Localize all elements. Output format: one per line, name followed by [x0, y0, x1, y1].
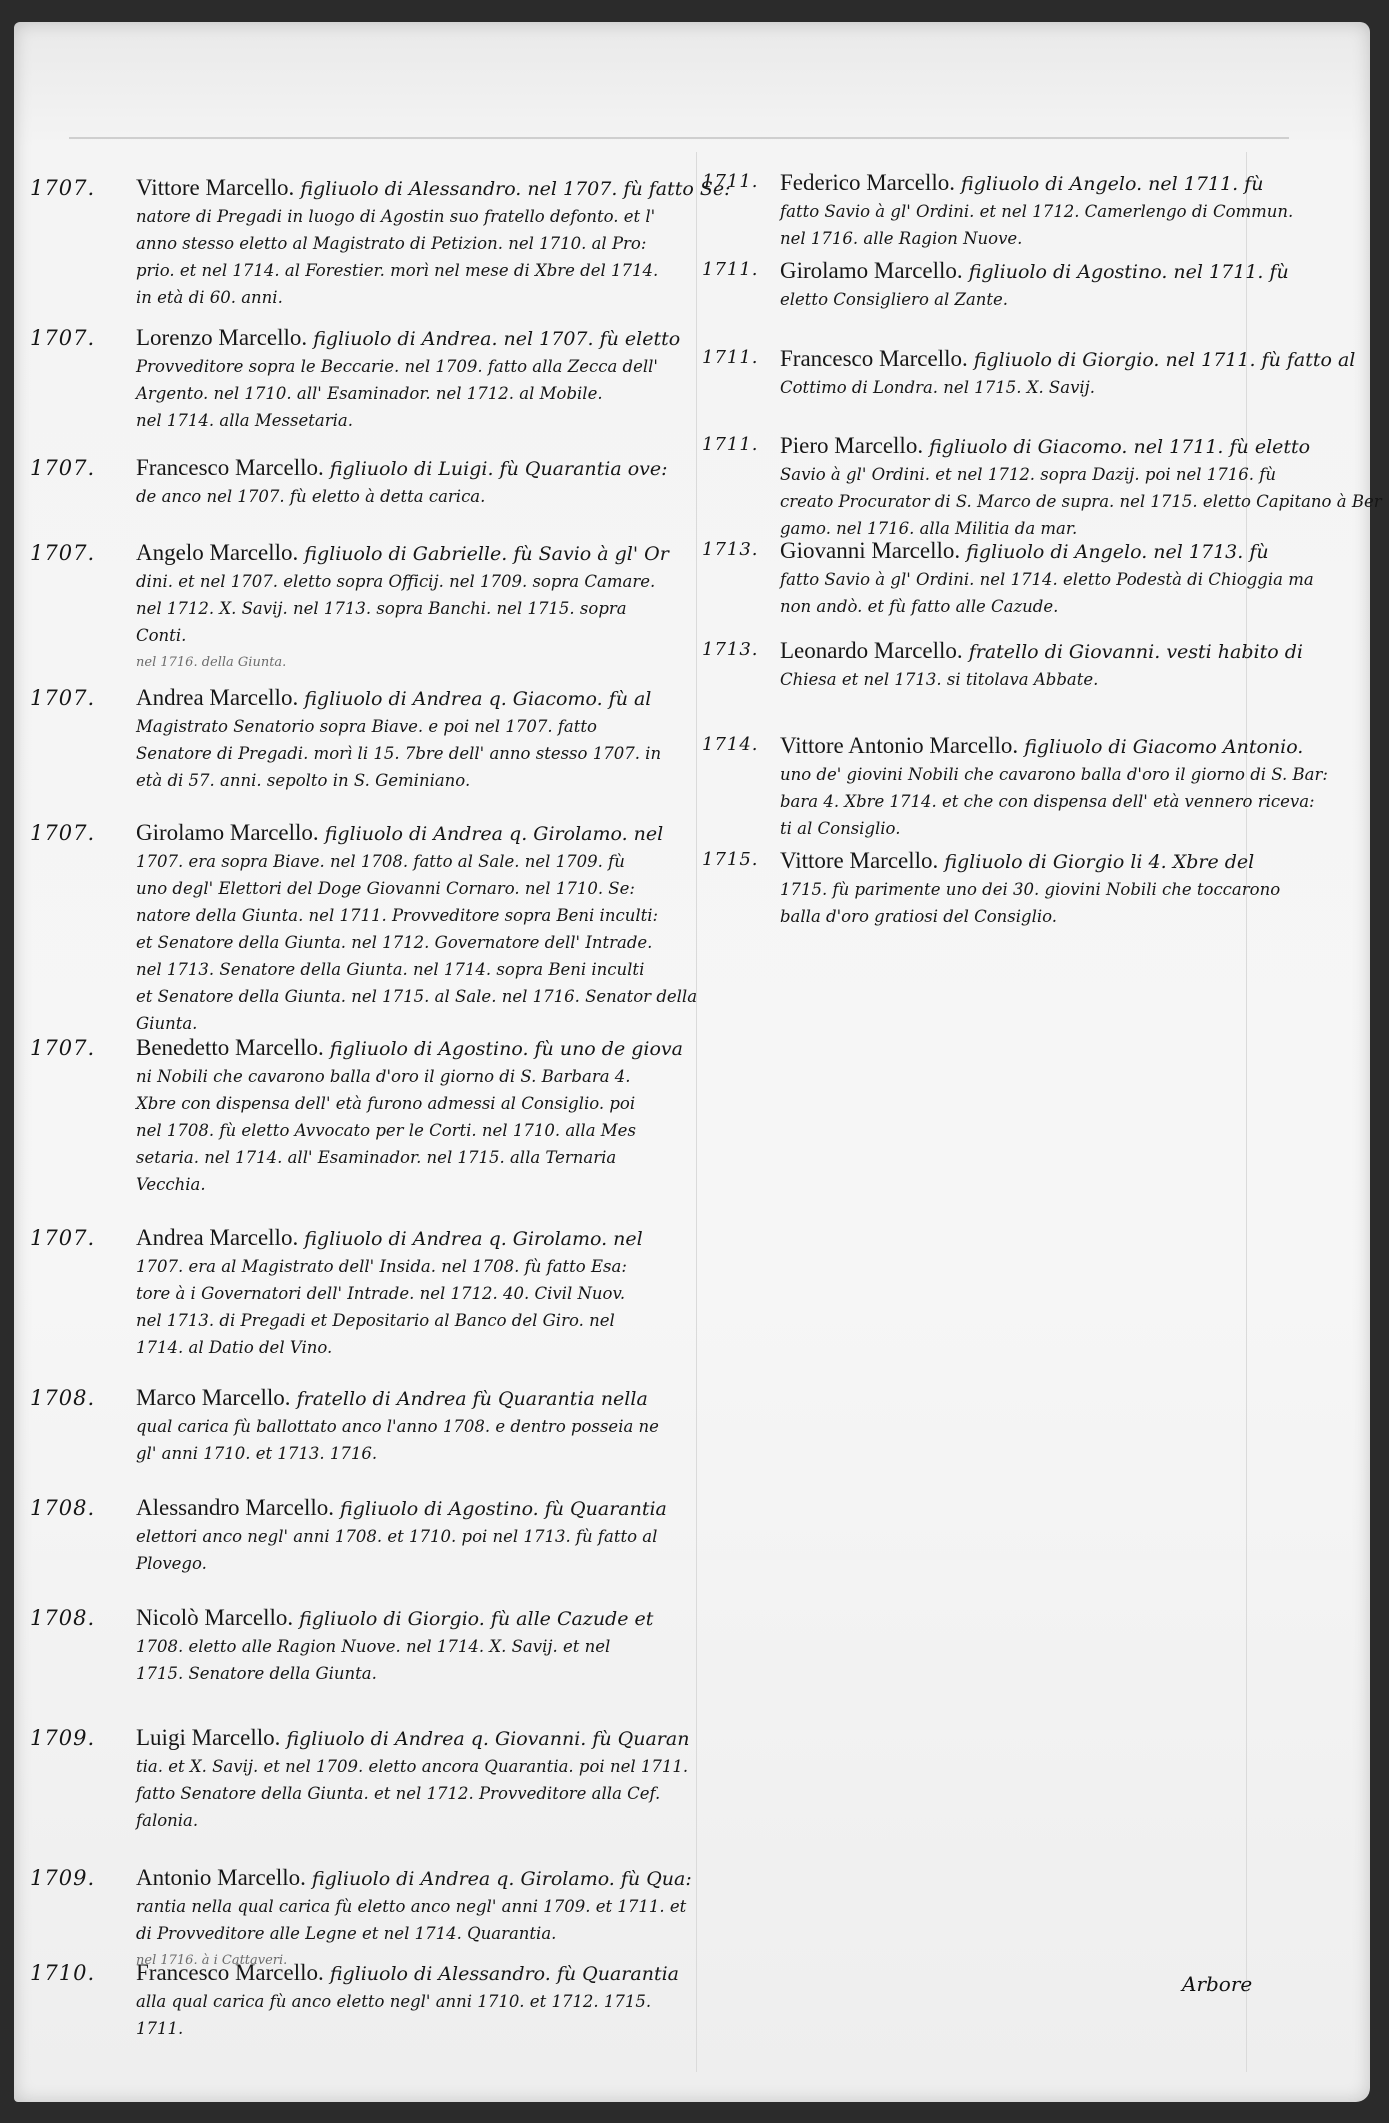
entry-line: bara 4. Xbre 1714. et che con dispensa d…: [780, 788, 1328, 815]
entry-line: Chiesa et nel 1713. si titolava Abbate.: [780, 666, 1303, 693]
entry-line: Vecchia.: [136, 1171, 683, 1198]
entry-year: 1707.: [30, 326, 95, 350]
entry-year: 1713.: [702, 539, 759, 560]
entry-name: Federico Marcello.: [780, 170, 955, 195]
entry-text: figliuolo di Angelo. nel 1711. fù: [961, 173, 1263, 195]
entry-text: figliuolo di Giacomo. nel 1711. fù elett…: [929, 436, 1310, 458]
entry-line: 1708. eletto alle Ragion Nuove. nel 1714…: [136, 1633, 653, 1660]
entry-year: 1707.: [30, 686, 95, 710]
footer-note: Arbore: [1182, 1972, 1252, 1996]
entry-text: figliuolo di Andrea q. Girolamo. nel: [325, 823, 664, 845]
entry-year: 1707.: [30, 821, 95, 845]
register-entry: 1707.Andrea Marcello. figliuolo di Andre…: [24, 1224, 643, 1361]
entry-line: 1711.: [136, 2015, 679, 2042]
entry-name: Girolamo Marcello.: [780, 258, 963, 283]
entry-line: nel 1712. X. Savij. nel 1713. sopra Banc…: [136, 595, 669, 622]
entry-name: Antonio Marcello.: [136, 1865, 306, 1890]
entry-text: figliuolo di Andrea q. Giacomo. fù al: [304, 688, 651, 710]
register-entry: 1715.Vittore Marcello. figliuolo di Gior…: [702, 847, 1280, 930]
entry-line: uno degl' Elettori del Doge Giovanni Cor…: [136, 875, 697, 902]
entry-name: Alessandro Marcello.: [136, 1495, 334, 1520]
entry-year: 1707.: [30, 1036, 95, 1060]
entry-text: figliuolo di Andrea q. Girolamo. fù Qua:: [312, 1868, 692, 1890]
entry-text: figliuolo di Giorgio. fù alle Cazude et: [299, 1608, 653, 1630]
register-entry: 1709.Luigi Marcello. figliuolo di Andrea…: [24, 1724, 689, 1834]
entry-line: gl' anni 1710. et 1713. 1716.: [136, 1440, 659, 1467]
entry-line: fatto Senatore della Giunta. et nel 1712…: [136, 1780, 689, 1807]
entry-line: alla qual carica fù anco eletto negl' an…: [136, 1988, 679, 2015]
entry-line: de anco nel 1707. fù eletto à detta cari…: [136, 483, 668, 510]
entry-line: nel 1716. alle Ragion Nuove.: [780, 225, 1293, 252]
register-entry: 1708.Marco Marcello. fratello di Andrea …: [24, 1384, 659, 1467]
register-entry: 1711.Francesco Marcello. figliuolo di Gi…: [702, 345, 1355, 401]
register-entry: 1707.Vittore Marcello. figliuolo di Ales…: [24, 174, 731, 311]
entry-text: figliuolo di Giorgio li 4. Xbre del: [944, 851, 1254, 873]
entry-name: Leonardo Marcello.: [780, 638, 963, 663]
register-entry: 1707.Benedetto Marcello. figliuolo di Ag…: [24, 1034, 683, 1198]
entry-text: figliuolo di Agostino. nel 1711. fù: [969, 261, 1289, 283]
entry-text: figliuolo di Giorgio. nel 1711. fù fatto…: [974, 349, 1356, 371]
entry-text: figliuolo di Andrea q. Giovanni. fù Quar…: [286, 1728, 689, 1750]
register-entry: 1707.Angelo Marcello. figliuolo di Gabri…: [24, 539, 669, 676]
manuscript-page: 1707.Vittore Marcello. figliuolo di Ales…: [14, 22, 1370, 2102]
entry-name: Vittore Marcello.: [780, 848, 938, 873]
entry-year: 1709.: [30, 1726, 95, 1750]
register-entry: 1707.Andrea Marcello. figliuolo di Andre…: [24, 684, 661, 794]
entry-year: 1711.: [702, 347, 759, 368]
entry-line: Argento. nel 1710. all' Esaminador. nel …: [136, 380, 680, 407]
entry-name: Francesco Marcello.: [136, 455, 324, 480]
register-entry: 1714.Vittore Antonio Marcello. figliuolo…: [702, 732, 1328, 842]
entry-text: figliuolo di Angelo. nel 1713. fù: [966, 541, 1268, 563]
entry-line: nel 1713. Senatore della Giunta. nel 171…: [136, 956, 697, 983]
entry-line: non andò. et fù fatto alle Cazude.: [780, 593, 1314, 620]
register-entry: 1708.Alessandro Marcello. figliuolo di A…: [24, 1494, 667, 1577]
entry-line: Giunta.: [136, 1010, 697, 1037]
entry-line: et Senatore della Giunta. nel 1715. al S…: [136, 983, 697, 1010]
entry-text: figliuolo di Agostino. fù Quarantia: [340, 1498, 667, 1520]
register-entry: 1713.Leonardo Marcello. fratello di Giov…: [702, 637, 1303, 693]
entry-name: Nicolò Marcello.: [136, 1605, 293, 1630]
entry-line: dini. et nel 1707. eletto sopra Officij.…: [136, 568, 669, 595]
register-entry: 1711.Girolamo Marcello. figliuolo di Ago…: [702, 257, 1289, 313]
register-entry: 1708.Nicolò Marcello. figliuolo di Giorg…: [24, 1604, 653, 1687]
entry-line: qual carica fù ballottato anco l'anno 17…: [136, 1413, 659, 1440]
entry-name: Francesco Marcello.: [780, 346, 968, 371]
entry-name: Vittore Marcello.: [136, 175, 294, 200]
entry-line: Cottimo di Londra. nel 1715. X. Savij.: [780, 374, 1355, 401]
entry-line: Savio à gl' Ordini. et nel 1712. sopra D…: [780, 461, 1382, 488]
register-entry: 1713.Giovanni Marcello. figliuolo di Ang…: [702, 537, 1314, 620]
entry-line: uno de' giovini Nobili che cavarono ball…: [780, 761, 1328, 788]
entry-line: fatto Savio à gl' Ordini. et nel 1712. C…: [780, 198, 1293, 225]
entry-year: 1711.: [702, 259, 759, 280]
entry-name: Angelo Marcello.: [136, 540, 298, 565]
entry-text: fratello di Giovanni. vesti habito di: [969, 641, 1303, 663]
register-entry: 1707.Lorenzo Marcello. figliuolo di Andr…: [24, 324, 680, 434]
entry-text: figliuolo di Agostino. fù uno de giova: [330, 1038, 683, 1060]
entry-name: Luigi Marcello.: [136, 1725, 280, 1750]
register-entry: 1710.Francesco Marcello. figliuolo di Al…: [24, 1959, 679, 2042]
entry-name: Girolamo Marcello.: [136, 820, 319, 845]
entry-text: fratello di Andrea fù Quarantia nella: [297, 1388, 648, 1410]
entry-line: ti al Consiglio.: [780, 815, 1328, 842]
entry-line: eletto Consigliero al Zante.: [780, 286, 1289, 313]
entry-line: 1707. era sopra Biave. nel 1708. fatto a…: [136, 848, 697, 875]
entry-year: 1707.: [30, 541, 95, 565]
entry-line: tia. et X. Savij. et nel 1709. eletto an…: [136, 1753, 689, 1780]
entry-name: Benedetto Marcello.: [136, 1035, 324, 1060]
entry-name: Giovanni Marcello.: [780, 538, 960, 563]
entry-line: natore di Pregadi in luogo di Agostin su…: [136, 203, 731, 230]
entry-text: figliuolo di Gabrielle. fù Savio à gl' O…: [304, 543, 669, 565]
register-entry: 1711.Federico Marcello. figliuolo di Ang…: [702, 169, 1293, 252]
entry-year: 1714.: [702, 734, 759, 755]
entry-line: natore della Giunta. nel 1711. Provvedit…: [136, 902, 697, 929]
entry-line: 1707. era al Magistrato dell' Insida. ne…: [136, 1253, 643, 1280]
entry-line: Magistrato Senatorio sopra Biave. e poi …: [136, 713, 661, 740]
register-entry: 1707.Girolamo Marcello. figliuolo di And…: [24, 819, 697, 1037]
ruled-line: [69, 137, 1289, 139]
entry-text: figliuolo di Alessandro. fù Quarantia: [330, 1963, 679, 1985]
entry-year: 1710.: [30, 1961, 95, 1985]
entry-line: Conti.: [136, 622, 669, 649]
entry-line: nel 1708. fù eletto Avvocato per le Cort…: [136, 1117, 683, 1144]
entry-name: Francesco Marcello.: [136, 1960, 324, 1985]
entry-year: 1708.: [30, 1606, 95, 1630]
entry-line: in età di 60. anni.: [136, 284, 731, 311]
later-addition: nel 1716. della Giunta.: [136, 649, 669, 676]
entry-name: Vittore Antonio Marcello.: [780, 733, 1018, 758]
entry-text: figliuolo di Alessandro. nel 1707. fù fa…: [300, 178, 730, 200]
register-entry: 1711.Piero Marcello. figliuolo di Giacom…: [702, 432, 1382, 542]
entry-text: figliuolo di Luigi. fù Quarantia ove:: [330, 458, 668, 480]
entry-year: 1707.: [30, 1226, 95, 1250]
entry-text: figliuolo di Andrea. nel 1707. fù eletto: [313, 328, 680, 350]
entry-line: 1715. fù parimente uno dei 30. giovini N…: [780, 876, 1280, 903]
entry-line: nel 1714. alla Messetaria.: [136, 407, 680, 434]
register-entry: 1709.Antonio Marcello. figliuolo di Andr…: [24, 1864, 692, 1974]
entry-year: 1707.: [30, 176, 95, 200]
entry-year: 1713.: [702, 639, 759, 660]
entry-line: tore à i Governatori dell' Intrade. nel …: [136, 1280, 643, 1307]
entry-year: 1708.: [30, 1496, 95, 1520]
column-divider: [696, 152, 697, 2072]
entry-line: Xbre con dispensa dell' età furono admes…: [136, 1090, 683, 1117]
entry-name: Andrea Marcello.: [136, 685, 298, 710]
entry-name: Andrea Marcello.: [136, 1225, 298, 1250]
entry-line: et Senatore della Giunta. nel 1712. Gove…: [136, 929, 697, 956]
entry-line: ni Nobili che cavarono balla d'oro il gi…: [136, 1063, 683, 1090]
entry-line: rantia nella qual carica fù eletto anco …: [136, 1893, 692, 1920]
entry-year: 1708.: [30, 1386, 95, 1410]
entry-line: anno stesso eletto al Magistrato di Peti…: [136, 230, 731, 257]
entry-line: 1715. Senatore della Giunta.: [136, 1660, 653, 1687]
entry-year: 1715.: [702, 849, 759, 870]
entry-line: età di 57. anni. sepolto in S. Geminiano…: [136, 767, 661, 794]
entry-line: falonia.: [136, 1807, 689, 1834]
entry-line: fatto Savio à gl' Ordini. nel 1714. elet…: [780, 566, 1314, 593]
entry-year: 1707.: [30, 456, 95, 480]
entry-line: Provveditore sopra le Beccarie. nel 1709…: [136, 353, 680, 380]
entry-name: Lorenzo Marcello.: [136, 325, 307, 350]
entry-line: prio. et nel 1714. al Forestier. morì ne…: [136, 257, 731, 284]
entry-line: Senatore di Pregadi. morì li 15. 7bre de…: [136, 740, 661, 767]
entry-line: elettori anco negl' anni 1708. et 1710. …: [136, 1523, 667, 1550]
entry-text: figliuolo di Andrea q. Girolamo. nel: [304, 1228, 643, 1250]
entry-line: Plovego.: [136, 1550, 667, 1577]
register-entry: 1707.Francesco Marcello. figliuolo di Lu…: [24, 454, 668, 510]
entry-line: setaria. nel 1714. all' Esaminador. nel …: [136, 1144, 683, 1171]
entry-name: Piero Marcello.: [780, 433, 923, 458]
entry-line: 1714. al Datio del Vino.: [136, 1334, 643, 1361]
entry-year: 1711.: [702, 171, 759, 192]
entry-line: di Provveditore alle Legne et nel 1714. …: [136, 1920, 692, 1947]
entry-line: nel 1713. di Pregadi et Depositario al B…: [136, 1307, 643, 1334]
entry-line: balla d'oro gratiosi del Consiglio.: [780, 903, 1280, 930]
entry-text: figliuolo di Giacomo Antonio.: [1024, 736, 1303, 758]
entry-name: Marco Marcello.: [136, 1385, 291, 1410]
entry-year: 1711.: [702, 434, 759, 455]
entry-line: creato Procurator di S. Marco de supra. …: [780, 488, 1382, 515]
entry-year: 1709.: [30, 1866, 95, 1890]
